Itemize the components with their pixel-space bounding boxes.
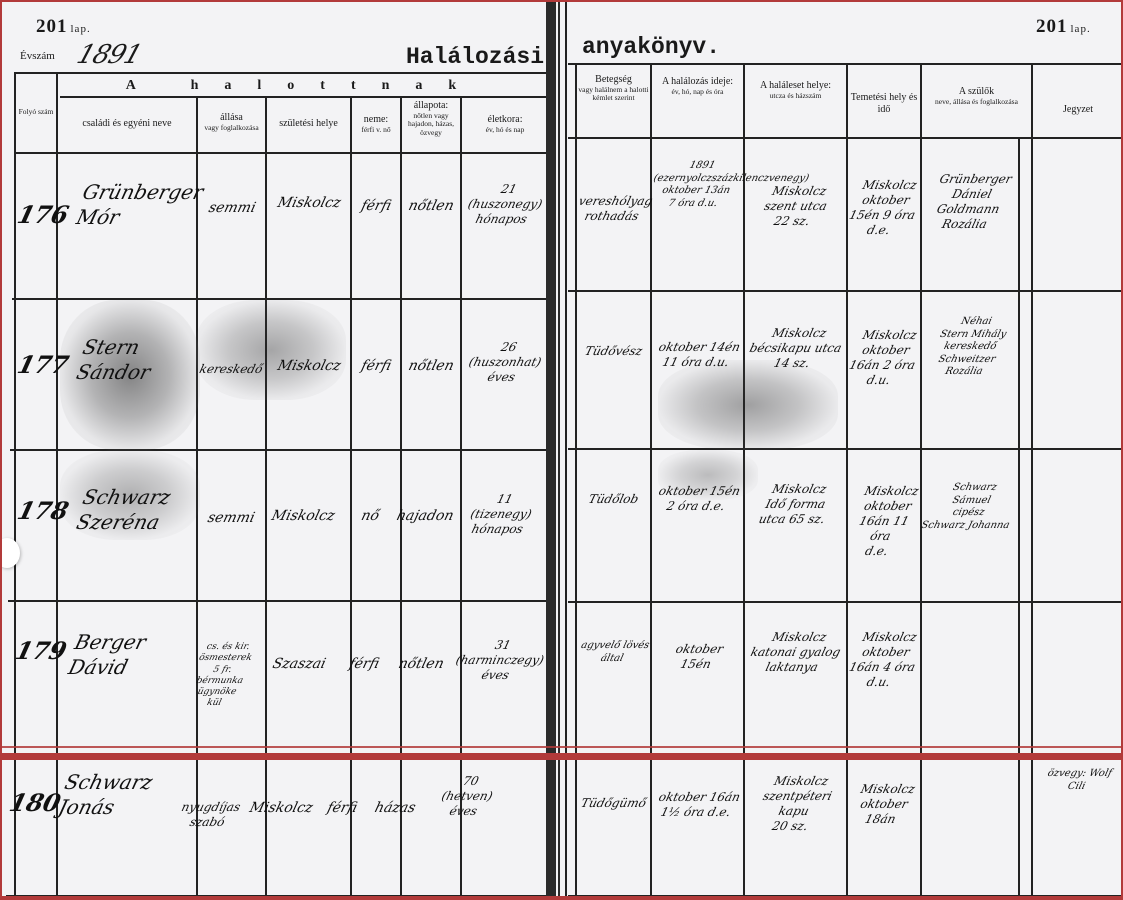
parents: Grünberger Dániel Goldmann Rozália	[915, 172, 1026, 232]
occupation: semmi	[198, 200, 266, 218]
death-time: oktober 16án 1½ óra d.e.	[648, 790, 746, 820]
parents: Néhai Stern Mihály kereskedő Schweitzer …	[914, 316, 1026, 379]
left-table-grid	[0, 0, 548, 900]
death-place: Miskolcz szent utca 22 sz.	[739, 184, 851, 229]
death-time: 1891 (ezernyolczszázkilenczvenegy) oktob…	[646, 160, 749, 210]
age: 26 (huszonhat) éves	[456, 340, 548, 385]
col-header-note: Jegyzet	[1033, 104, 1123, 116]
death-place: Miskolcz szentpéteri kapu 20 sz.	[738, 774, 854, 834]
birthplace: Miskolcz	[266, 358, 352, 376]
record-number: 180	[6, 788, 64, 818]
marital-status: hajadon	[394, 508, 456, 526]
burial-place-time: Miskolcz oktober 18án	[842, 782, 925, 827]
parents: Schwarz Sámuel cipész Schwarz Johanna	[916, 482, 1024, 532]
col-header-sex: neme:férfi v. nő	[352, 114, 400, 134]
death-time: oktober 15én 2 óra d.e.	[648, 484, 746, 514]
sex: férfi	[316, 800, 368, 818]
deceased-name: Schwarz Jonás	[56, 770, 155, 820]
birthplace: Miskolcz	[260, 508, 346, 526]
marital-status: házas	[364, 800, 426, 818]
record-number: 176	[14, 200, 72, 230]
deceased-name: Stern Sándor	[74, 335, 159, 385]
highlight-line-thin	[0, 746, 1123, 748]
cause-of-death: vereshólyag rothadás	[573, 194, 653, 224]
col-header-death-time: A halálozás ideje:év, hó, nap és óra	[652, 76, 743, 96]
ink-smudge	[658, 360, 838, 450]
birthplace: Szaszai	[256, 656, 342, 674]
sex: nő	[344, 508, 396, 526]
record-number: 177	[14, 350, 72, 380]
death-time: oktober 14én 11 óra d.u.	[648, 340, 746, 370]
group-header: A halottnak	[60, 78, 548, 94]
note: özvegy: Wolf Cili	[1030, 768, 1123, 793]
col-header-death-place: A haláleset helye:utcza és házszám	[745, 80, 846, 100]
col-header-number: Folyó szám	[16, 108, 56, 117]
record-number: 178	[14, 496, 72, 526]
deceased-name: Berger Dávid	[66, 630, 149, 680]
cause-of-death: Tüdőlob	[575, 492, 652, 507]
age: 21 (huszonegy) hónapos	[456, 182, 548, 227]
col-header-burial: Temetési hely és idő	[848, 92, 920, 115]
book-binding	[546, 0, 560, 900]
sex: férfi	[350, 358, 402, 376]
col-header-parents: A szülőkneve, állása és foglalkozása	[922, 86, 1031, 106]
book-binding-edge	[565, 0, 567, 900]
age: 70 (hetven) éves	[418, 774, 515, 819]
col-header-cause: Betegségvagy halálnem a halotti kémlet s…	[577, 74, 650, 103]
row-highlight-marker	[0, 753, 1123, 760]
death-time: oktober 15én	[648, 642, 746, 672]
col-header-status: állapota:nőtlen vagy hajadon, házas, özv…	[402, 100, 460, 137]
col-header-age: életkora:év, hó és nap	[462, 114, 548, 134]
right-page: anyakönyv. 201lap. Betegségvagy halálnem…	[558, 0, 1123, 900]
marital-status: nőtlen	[400, 358, 462, 376]
deceased-name: Grünberger Mór	[74, 180, 206, 230]
highlight-border-bottom	[0, 896, 1123, 900]
age: 31 (harminczegy) éves	[450, 638, 547, 683]
death-place: Miskolcz bécsikapu utca 14 sz.	[739, 326, 851, 371]
birthplace: Miskolcz	[238, 800, 324, 818]
left-page: 201lap. Évszám 1891 Halálozási A halottn…	[0, 0, 548, 900]
col-header-birthplace: születési helye	[267, 118, 350, 130]
occupation: nyugdíjas szabó	[172, 800, 245, 830]
marital-status: nőtlen	[400, 198, 462, 216]
death-place: Miskolcz katonai gyalog laktanya	[739, 630, 851, 675]
age: 11 (tizenegy) hónapos	[452, 492, 548, 537]
right-table-grid	[558, 0, 1123, 900]
sex: férfi	[338, 656, 390, 674]
col-header-name: családi és egyéni neve	[58, 118, 196, 130]
cause-of-death: agyvelő lövés által	[574, 640, 653, 665]
burial-place-time: Miskolcz oktober 16án 4 óra d.u.	[841, 630, 928, 690]
cause-of-death: Tüdőgümő	[575, 796, 652, 811]
ink-smudge	[196, 300, 346, 400]
occupation: kereskedő	[196, 362, 266, 377]
col-header-occupation: állásavagy foglalkozása	[198, 112, 265, 132]
sex: férfi	[350, 198, 402, 216]
occupation: semmi	[196, 510, 266, 528]
record-number: 179	[12, 636, 70, 666]
cause-of-death: Tüdővész	[575, 344, 652, 359]
deceased-name: Schwarz Szeréna	[74, 485, 173, 535]
birthplace: Miskolcz	[266, 195, 352, 213]
death-place: Miskolcz Idő forma utca 65 sz.	[739, 482, 851, 527]
burial-place-time: Miskolcz oktober 16án 2 óra d.u.	[841, 328, 928, 388]
marital-status: nőtlen	[390, 656, 452, 674]
